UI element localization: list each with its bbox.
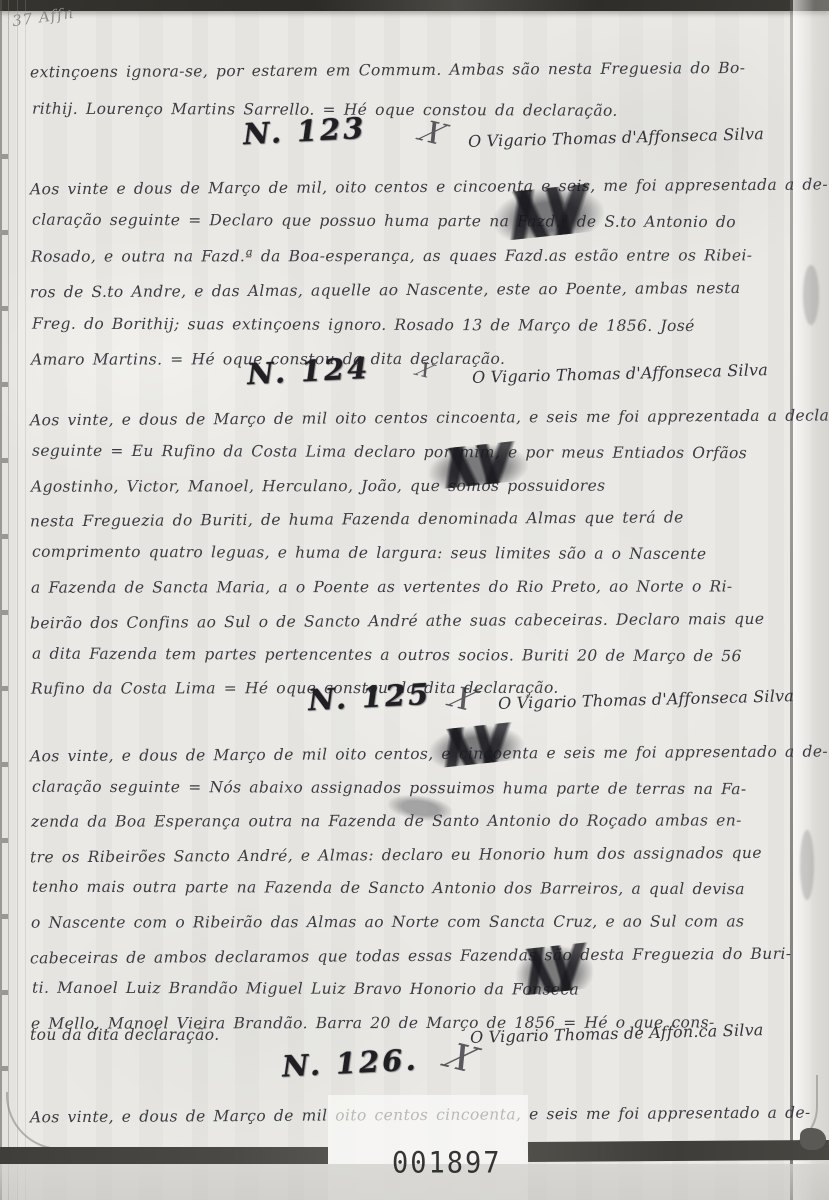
manuscript-line: ros de S.to Andre, e das Almas, aquelle … [30, 271, 795, 310]
cancellation-x-mark: X [437, 1037, 485, 1080]
manuscript-line: nesta Freguezia do Buriti, de huma Fazen… [30, 501, 795, 539]
manuscript-line: extinçoens ignora-se, por estarem em Com… [30, 48, 795, 93]
manuscript-line: comprimento quatro leguas, e huma de lar… [32, 536, 797, 572]
entry-number: N. 124 [246, 351, 371, 391]
entry-body-123: Aos vinte e dous de Março de mil, oito c… [30, 170, 795, 376]
cancellation-x-mark: X [443, 681, 483, 717]
scan-top-border [0, 0, 829, 11]
entry-body-125: Aos vinte, e dous de Março de mil oito c… [30, 738, 795, 1040]
manuscript-line: a dita Fazenda tem partes pertencentes a… [32, 637, 797, 673]
scan-corner-shadow [800, 1128, 826, 1150]
scanned-manuscript-page: 37 Affn extinçoens ignora-se, por estare… [0, 0, 829, 1200]
entry-number: N. 126. [281, 1042, 419, 1083]
manuscript-line: Aos vinte, e dous de Março de mil oito c… [30, 736, 795, 774]
manuscript-line: beirão dos Confins ao Sul o de Sancto An… [30, 602, 795, 640]
binding-ink-marks [2, 120, 8, 1080]
entry-body-124: Aos vinte, e dous de Março de mil oito c… [30, 402, 795, 706]
manuscript-line: claração seguinte = Declaro que possuo h… [32, 203, 797, 240]
bleed-through-mark [803, 265, 819, 325]
archival-number-stamp: 001897 [392, 1147, 502, 1180]
manuscript-line: tenho mais outra parte na Fazenda de San… [32, 871, 797, 907]
manuscript-line: tre os Ribeirões Sancto André, e Almas: … [30, 836, 795, 874]
manuscript-line: Freg. do Borithij; suas extinçoens ignor… [32, 306, 797, 343]
cancellation-x-mark: X [412, 358, 439, 383]
manuscript-line: Aos vinte, e dous de Março de mil oito c… [30, 400, 795, 438]
cancellation-x-mark: X [413, 115, 453, 151]
scan-bottom-border-right [528, 1140, 829, 1162]
manuscript-line: claração seguinte = Nós abaixo assignado… [32, 770, 797, 806]
manuscript-line: zenda da Boa Esperança outra na Fazenda … [31, 805, 796, 840]
vicar-signature: O Vigario Thomas d'Affonseca Silva [498, 686, 794, 713]
vicar-signature: O Vigario Thomas d'Affonseca Silva [472, 360, 768, 387]
manuscript-line: ti. Manoel Luiz Brandão Miguel Luiz Brav… [32, 972, 797, 1008]
bleed-through-mark [800, 830, 814, 900]
manuscript-line: o Nascente com o Ribeirão das Almas ao N… [31, 905, 796, 940]
entry-number: N. 123 [242, 111, 367, 151]
entry-heading-124: N. 124 X O Vigario Thomas d'Affonseca Si… [0, 352, 829, 400]
manuscript-line: Aos vinte e dous de Março de mil, oito c… [30, 168, 795, 207]
manuscript-line: Rosado, e outra na Fazd.ª da Boa-esperan… [31, 238, 796, 274]
manuscript-line: Agostinho, Victor, Manoel, Herculano, Jo… [31, 469, 796, 504]
entry-heading-123: N. 123 X O Vigario Thomas d'Affonseca Si… [0, 112, 829, 160]
vicar-signature: O Vigario Thomas d'Affonseca Silva [468, 124, 764, 151]
entry-heading-125: N. 125 X O Vigario Thomas d'Affonseca Si… [0, 678, 829, 726]
manuscript-line: cabeceiras de ambos declaramos que todas… [30, 937, 795, 975]
entry-number: N. 125 [307, 677, 432, 717]
manuscript-line: seguinte = Eu Rufino da Costa Lima decla… [32, 434, 797, 470]
manuscript-line: a Fazenda de Sancta Maria, a o Poente as… [31, 570, 796, 605]
entry-heading-126: N. 126. X [0, 1042, 829, 1090]
scan-bottom-border-left [0, 1147, 328, 1164]
